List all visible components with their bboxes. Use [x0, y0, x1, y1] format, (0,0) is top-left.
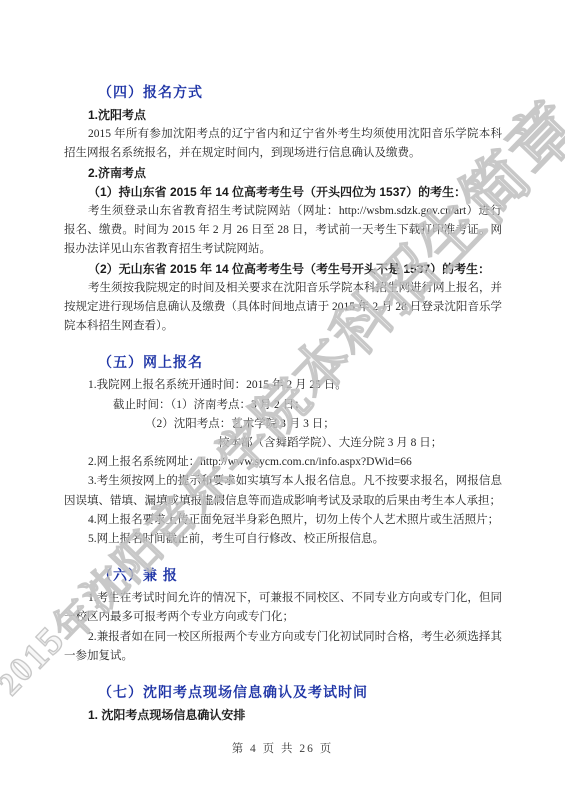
sub-heading: 1. 沈阳考点现场信息确认安排 [64, 706, 502, 725]
section: （七）沈阳考点现场信息确认及考试时间1. 沈阳考点现场信息确认安排 [64, 682, 502, 725]
page-footer: 第 4 页 共 26 页 [0, 740, 565, 756]
paragraph: 1.考生在考试时间允许的情况下，可兼报不同校区、不同专业方向或专门化，但同一校区… [64, 589, 502, 627]
paragraph: 2015 年所有参加沈阳考点的辽宁省内和辽宁省外考生均须使用沈阳音乐学院本科招生… [64, 125, 502, 163]
paragraph: 2.兼报者如在同一校区所报两个专业方向或专门化初试同时合格，考生必须选择其一参加… [64, 628, 502, 666]
page-number: 第 4 页 共 26 页 [232, 743, 334, 755]
paragraph: 3.考生须按网上的提示和要求如实填写本人报名信息。凡不按要求报名，网报信息因误填… [64, 472, 502, 510]
indent-line: 截止时间：（1）济南考点：3 月 2 日； [64, 396, 502, 415]
indent-line: 校本部（含舞蹈学院）、大连分院 3 月 8 日； [64, 434, 502, 453]
sub-heading: 2.济南考点 [64, 164, 502, 183]
section: （五）网上报名1.我院网上报名系统开通时间：2015 年 2 月 25 日。截止… [64, 352, 502, 549]
document-page: （四）报名方式1.沈阳考点2015 年所有参加沈阳考点的辽宁省内和辽宁省外考生均… [0, 0, 565, 800]
paragraph: 1.我院网上报名系统开通时间：2015 年 2 月 25 日。 [64, 376, 502, 395]
section-heading: （六）兼 报 [98, 565, 502, 585]
section-heading: （七）沈阳考点现场信息确认及考试时间 [98, 682, 502, 702]
paragraph: 5.网上报名时间截止前，考生可自行修改、校正所报信息。 [64, 530, 502, 549]
bold-paragraph: （1）持山东省 2015 年 14 位高考考生号（开头四位为 1537）的考生： [64, 183, 502, 202]
section: （六）兼 报1.考生在考试时间允许的情况下，可兼报不同校区、不同专业方向或专门化… [64, 565, 502, 666]
paragraph: 4.网上报名要求上传正面免冠半身彩色照片，切勿上传个人艺术照片或生活照片； [64, 511, 502, 530]
document-body: （四）报名方式1.沈阳考点2015 年所有参加沈阳考点的辽宁省内和辽宁省外考生均… [0, 0, 565, 725]
paragraph: 2.网上报名系统网址：http://www.sycm.com.cn/info.a… [64, 453, 502, 472]
paragraph: 考生须登录山东省教育招生考试院网站（网址：http://wsbm.sdzk.go… [64, 202, 502, 260]
paragraph: 考生须按我院规定的时间及相关要求在沈阳音乐学院本科招生网进行网上报名，并按规定进… [64, 279, 502, 337]
section-heading: （五）网上报名 [98, 352, 502, 372]
indent-line: （2）沈阳考点：艺术学院 3 月 3 日； [64, 415, 502, 434]
sub-heading: 1.沈阳考点 [64, 106, 502, 125]
section: （四）报名方式1.沈阳考点2015 年所有参加沈阳考点的辽宁省内和辽宁省外考生均… [64, 82, 502, 336]
section-heading: （四）报名方式 [98, 82, 502, 102]
bold-paragraph: （2）无山东省 2015 年 14 位高考考生号（考生号开头不是 1537）的考… [64, 260, 502, 279]
